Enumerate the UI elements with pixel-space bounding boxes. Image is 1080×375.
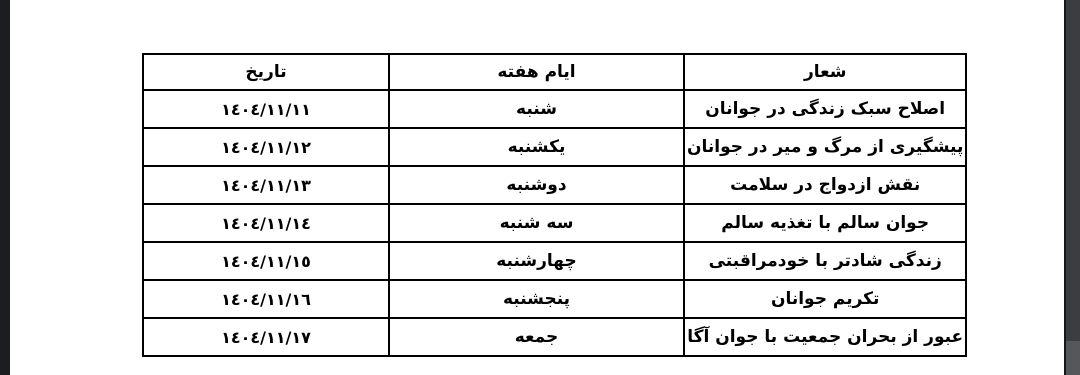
col-header-slogan: شعار — [684, 54, 966, 90]
weekday-cell: جمعه — [389, 318, 684, 356]
document-page: شعار ایام هفته تاریخ اصلاح سبک زندگی در … — [10, 0, 1062, 375]
weekday-cell: یکشنبه — [389, 128, 684, 166]
table-row: عبور از بحران جمعیت با جوان آگا جمعه ١٤٠… — [143, 318, 966, 356]
table-row: زندگی شادتر با خودمراقبتی چهارشنبه ١٤٠٤/… — [143, 242, 966, 280]
table-row: پیشگیری از مرگ و میر در جوانان یکشنبه ١٤… — [143, 128, 966, 166]
table-row: تکریم جوانان پنجشنبه ١٤٠٤/١١/١٦ — [143, 280, 966, 318]
weekday-cell: شنبه — [389, 90, 684, 128]
date-cell: ١٤٠٤/١١/١٧ — [143, 318, 389, 356]
col-header-weekday: ایام هفته — [389, 54, 684, 90]
table-row: جوان سالم با تغذیه سالم سه شنبه ١٤٠٤/١١/… — [143, 204, 966, 242]
weekday-cell: چهارشنبه — [389, 242, 684, 280]
slogan-cell: اصلاح سبک زندگی در جوانان — [684, 90, 966, 128]
slogan-cell: جوان سالم با تغذیه سالم — [684, 204, 966, 242]
weekday-cell: پنجشنبه — [389, 280, 684, 318]
date-cell: ١٤٠٤/١١/١٣ — [143, 166, 389, 204]
table-header-row: شعار ایام هفته تاریخ — [143, 54, 966, 90]
slogan-cell: زندگی شادتر با خودمراقبتی — [684, 242, 966, 280]
left-edge-bar — [0, 0, 10, 375]
date-cell: ١٤٠٤/١١/١١ — [143, 90, 389, 128]
slogans-table: شعار ایام هفته تاریخ اصلاح سبک زندگی در … — [142, 53, 967, 357]
table-row: نقش ازدواج در سلامت دوشنبه ١٤٠٤/١١/١٣ — [143, 166, 966, 204]
date-cell: ١٤٠٤/١١/١٦ — [143, 280, 389, 318]
screen: شعار ایام هفته تاریخ اصلاح سبک زندگی در … — [0, 0, 1080, 375]
slogan-cell: پیشگیری از مرگ و میر در جوانان — [684, 128, 966, 166]
weekday-cell: دوشنبه — [389, 166, 684, 204]
date-cell: ١٤٠٤/١١/١٥ — [143, 242, 389, 280]
date-cell: ١٤٠٤/١١/١٢ — [143, 128, 389, 166]
col-header-date: تاریخ — [143, 54, 389, 90]
weekday-cell: سه شنبه — [389, 204, 684, 242]
scrollbar-track[interactable] — [1064, 0, 1080, 375]
slogan-cell: عبور از بحران جمعیت با جوان آگا — [684, 318, 966, 356]
slogan-cell: نقش ازدواج در سلامت — [684, 166, 966, 204]
date-cell: ١٤٠٤/١١/١٤ — [143, 204, 389, 242]
slogan-cell: تکریم جوانان — [684, 280, 966, 318]
scrollbar-thumb[interactable] — [1066, 341, 1080, 375]
table-row: اصلاح سبک زندگی در جوانان شنبه ١٤٠٤/١١/١… — [143, 90, 966, 128]
